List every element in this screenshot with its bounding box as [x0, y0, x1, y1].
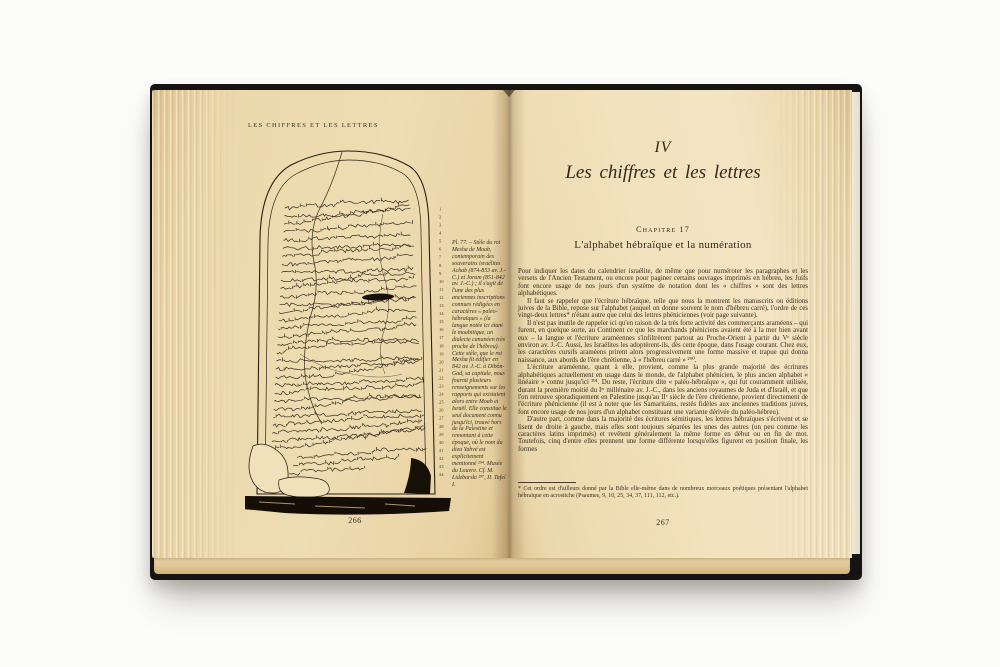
part-title: Les chiffres et les lettres — [518, 162, 808, 184]
svg-text:5: 5 — [439, 239, 442, 244]
body-paragraph: L'écriture araméenne, quant à elle, prov… — [518, 364, 808, 416]
chapter-title: L'alphabet hébraïque et la numération — [518, 239, 808, 251]
svg-text:17: 17 — [439, 335, 444, 340]
body-text: Pour indiquer les dates du calendrier is… — [518, 268, 808, 453]
svg-text:7: 7 — [439, 255, 442, 260]
svg-text:8: 8 — [439, 263, 442, 268]
part-number: IV — [518, 139, 808, 157]
svg-text:19: 19 — [439, 351, 444, 356]
body-paragraph: Pour indiquer les dates du calendrier is… — [518, 268, 808, 298]
svg-text:1: 1 — [439, 206, 442, 211]
svg-text:20: 20 — [439, 359, 444, 364]
svg-text:6: 6 — [439, 247, 442, 252]
page-number-left: 266 — [250, 516, 460, 525]
svg-text:16: 16 — [439, 327, 444, 332]
svg-text:26: 26 — [439, 408, 444, 413]
spine-top-notch — [503, 90, 515, 97]
svg-text:24: 24 — [439, 392, 444, 397]
svg-text:33: 33 — [439, 464, 444, 469]
svg-text:15: 15 — [439, 319, 444, 324]
svg-text:14: 14 — [439, 311, 444, 316]
svg-text:13: 13 — [439, 303, 444, 308]
svg-text:29: 29 — [439, 432, 444, 437]
body-paragraph: Il faut se rappeler que l'écriture hébra… — [518, 298, 808, 320]
svg-text:27: 27 — [439, 416, 444, 421]
footnote: * Cet ordre est d'ailleurs donné par la … — [518, 486, 808, 500]
endpaper-edge — [852, 92, 860, 554]
svg-text:34: 34 — [439, 472, 444, 477]
page-edge-stack-bottom — [154, 558, 850, 574]
svg-text:10: 10 — [439, 279, 444, 284]
body-paragraph: D'autre part, comme dans la majorité des… — [518, 416, 808, 453]
svg-text:12: 12 — [439, 295, 444, 300]
svg-text:3: 3 — [439, 223, 442, 228]
svg-text:31: 31 — [439, 448, 444, 453]
mesha-stele-illustration: 1234567891011121314151617181920212223242… — [245, 144, 460, 519]
svg-text:30: 30 — [439, 440, 444, 445]
figure-caption: Pl. 77. – Stèle du roi Mesha de Moab, co… — [452, 240, 507, 489]
book-photo: LES CHIFFRES ET LES LETTRES 123456789101… — [0, 0, 1000, 667]
footnote-rule — [518, 482, 576, 483]
svg-text:28: 28 — [439, 424, 444, 429]
svg-text:32: 32 — [439, 456, 444, 461]
chapter-label: Chapitre 17 — [518, 225, 808, 234]
svg-text:21: 21 — [439, 367, 444, 372]
page-number-right: 267 — [518, 518, 808, 527]
svg-text:2: 2 — [439, 215, 442, 220]
running-head: LES CHIFFRES ET LES LETTRES — [248, 122, 379, 129]
svg-text:9: 9 — [439, 271, 442, 276]
svg-text:18: 18 — [439, 343, 444, 348]
svg-text:4: 4 — [439, 231, 442, 236]
svg-text:22: 22 — [439, 376, 444, 381]
svg-text:23: 23 — [439, 384, 444, 389]
svg-text:25: 25 — [439, 400, 444, 405]
body-paragraph: Il n'est pas inutile de rappeler ici qu'… — [518, 320, 808, 364]
svg-text:11: 11 — [439, 287, 444, 292]
